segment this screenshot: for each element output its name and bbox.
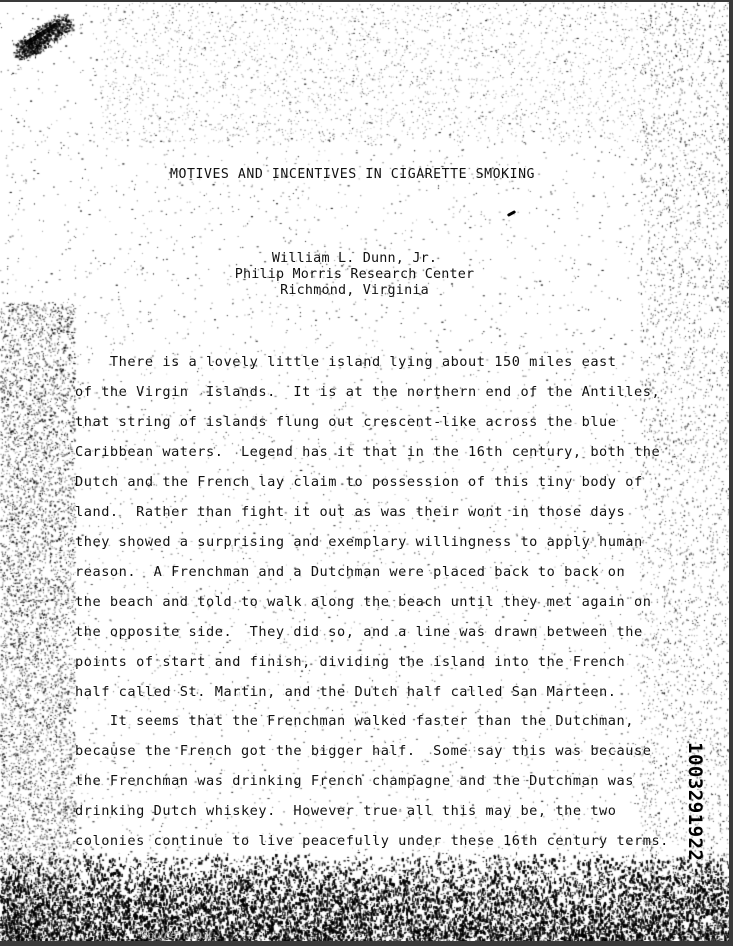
body-line: of the Virgin Islands. It is at the nort… [75, 384, 660, 400]
body-line: land. Rather than fight it out as was th… [75, 504, 625, 520]
corner-smudge [24, 22, 58, 46]
author-name: William L. Dunn, Jr. [0, 251, 719, 267]
source-url-line: Source: http:// [140, 930, 212, 942]
body-line: drinking Dutch whiskey. However true all… [75, 803, 617, 819]
body-line: half called St. Martin, and the Dutch ha… [75, 684, 617, 700]
body-line: they showed a surprising and exemplary w… [75, 534, 643, 550]
document-id-stamp: 1003291922 [684, 742, 706, 861]
body-line: points of start and finish, dividing the… [75, 654, 625, 670]
photocopy-speckle-noise [0, 2, 729, 941]
body-line: the Frenchman was drinking French champa… [75, 773, 634, 789]
author-organization: Philip Morris Research Center [0, 267, 719, 283]
body-line: the opposite side. They did so, and a li… [75, 624, 643, 640]
body-line: Dutch and the French lay claim to posses… [75, 474, 643, 490]
author-location: Richmond, Virginia [0, 283, 719, 299]
document-title: MOTIVES AND INCENTIVES IN CIGARETTE SMOK… [170, 167, 535, 182]
body-line: Caribbean waters. Legend has it that in … [75, 444, 660, 460]
body-line: There is a lovely little island lying ab… [75, 354, 617, 370]
body-line: colonies continue to live peacefully und… [75, 833, 669, 849]
body-line: that string of islands flung out crescen… [75, 414, 617, 430]
pen-mark [507, 210, 516, 217]
body-line: the beach and told to walk along the bea… [75, 594, 651, 610]
body-line: because the French got the bigger half. … [75, 743, 651, 759]
scanned-document-page: MOTIVES AND INCENTIVES IN CIGARETTE SMOK… [0, 0, 733, 946]
body-line: It seems that the Frenchman walked faste… [75, 713, 634, 729]
body-line: reason. A Frenchman and a Dutchman were … [75, 564, 625, 580]
